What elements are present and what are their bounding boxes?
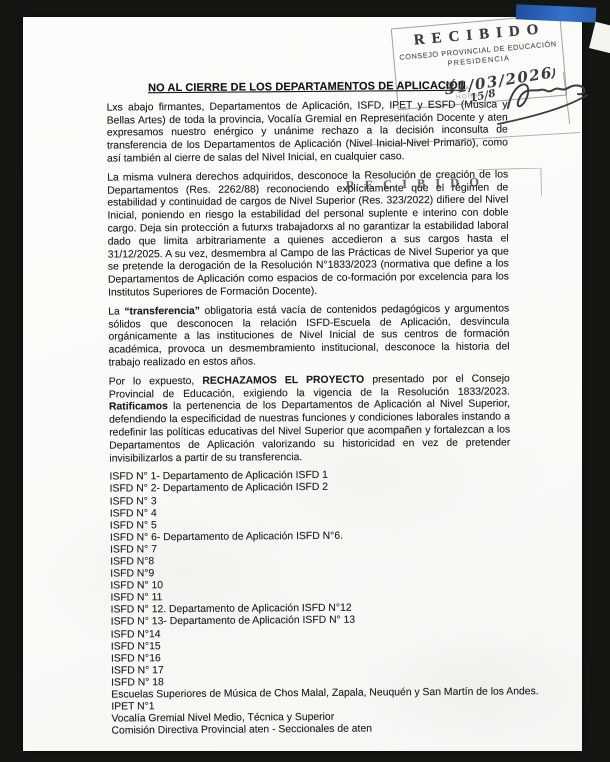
ghost-stamp-border — [477, 168, 542, 198]
paragraph-3: La “transferencia” obligatoria está vací… — [108, 303, 509, 370]
paragraph-4-bold-run: Ratificamos — [109, 401, 168, 412]
paragraph-3-run: La — [108, 306, 124, 317]
paragraph-1: Lxs abajo firmantes, Departamentos de Ap… — [107, 99, 508, 166]
paragraph-4-run: la pertenencia de los Departamentos de A… — [109, 399, 510, 464]
signatories-list: ISFD N° 1- Departamento de Aplicación IS… — [109, 469, 512, 738]
handwritten-signature — [494, 64, 594, 140]
ghost-received-stamp: RECIBIDO — [346, 173, 549, 212]
paragraph-3-bold-run: “transferencia” — [124, 306, 200, 318]
scanned-document: NO AL CIERRE DE LOS DEPARTAMENTOS DE APL… — [0, 0, 610, 762]
signatory-line: Comisión Directiva Provincial aten - Sec… — [111, 723, 512, 738]
paragraph-4-bold-run: RECHAZAMOS EL PROYECTO — [202, 374, 364, 386]
paragraph-4-run: Por lo expuesto, — [109, 376, 203, 388]
page-corner-artifact — [589, 22, 610, 54]
paragraph-4: Por lo expuesto, RECHAZAMOS EL PROYECTO … — [109, 373, 511, 466]
